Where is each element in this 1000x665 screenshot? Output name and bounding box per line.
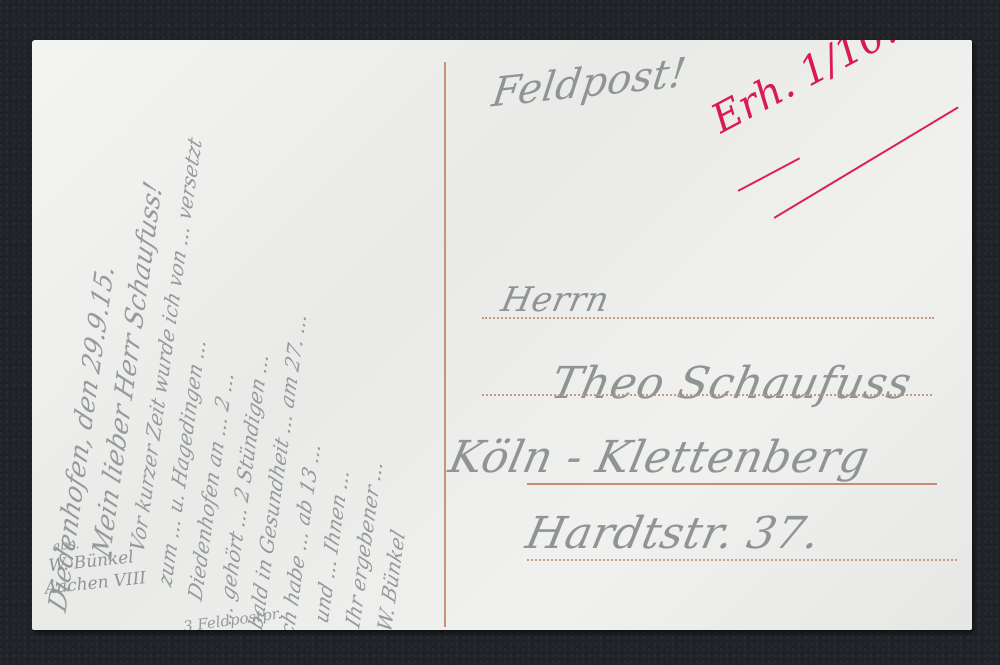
address-line-3-underline xyxy=(527,483,937,485)
address-salutation: Herrn xyxy=(498,280,613,320)
feldpost-label: Feldpost! xyxy=(489,49,689,116)
address-street: Hardtstr. 37. xyxy=(522,508,825,559)
address-line-2 xyxy=(482,394,932,396)
address-name: Theo Schaufuss xyxy=(547,358,917,409)
address-line-1 xyxy=(482,317,934,319)
address-city: Köln - Klettenberg xyxy=(445,432,874,483)
sender-block: abs. W. Bünkel Aachen VIII xyxy=(40,531,147,599)
address-line-4 xyxy=(527,559,957,561)
received-underline-long xyxy=(773,106,958,218)
postcard: Feldpost! Erh. 1/10. 15 Herrn Theo Schau… xyxy=(32,40,972,630)
received-underline-short xyxy=(738,157,801,192)
